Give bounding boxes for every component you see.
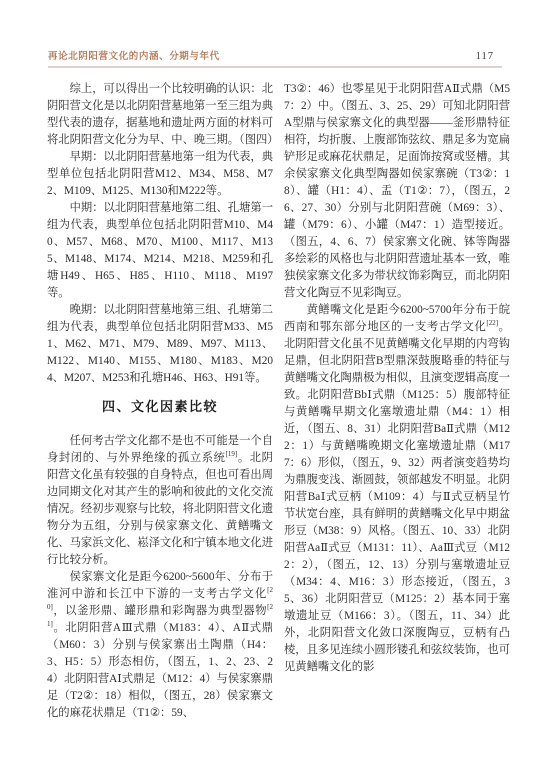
footnote-ref: [21] [47,603,273,628]
page-header: 再论北阴阳营文化的内涵、分期与年代 117 [48,48,502,62]
footnote-ref: [19] [226,450,238,458]
header-rule [48,66,502,68]
paragraph: T3②：46）也零星见于北阴阳营AⅡ式鼎（M57：2）中。（图五、3、25、29… [284,81,510,302]
paragraph: 早期：以北阴阳营墓地第一组为代表，典型单位包括北阴阳营M12、M34、M58、M… [47,149,273,200]
footnote-ref: [20] [47,586,273,611]
paragraph: 黄鳝嘴文化是距今6200~5700年分布于皖西南和鄂东部分地区的一支考古学文化[… [284,302,510,676]
paragraph: 晚期：以北阴阳营墓地第三组、孔塘第二组为代表，典型单位包括北阴阳营M33、M51… [47,302,273,387]
paragraph: 侯家寨文化是距今6200~5600年、分布于淮河中游和长江中下游的一支考古学文化… [47,569,273,722]
section-heading: 四、文化因素比较 [47,398,273,415]
document-page: 再论北阴阳营文化的内涵、分期与年代 117 综上，可以得出一个比较明确的认识：北… [0,0,550,772]
running-title: 再论北阴阳营文化的内涵、分期与年代 [48,48,220,62]
paragraph: 中期：以北阴阳营墓地第二组、孔塘第一组为代表，典型单位包括北阴阳营M10、M40… [47,200,273,302]
paragraph: 综上，可以得出一个比较明确的认识：北阴阳营文化是以北阴阳营墓地第一至三组为典型代… [47,81,273,149]
right-column: T3②：46）也零星见于北阴阳营AⅡ式鼎（M57：2）中。（图五、3、25、29… [284,81,510,722]
page-number: 117 [476,51,502,62]
text-columns: 综上，可以得出一个比较明确的认识：北阴阳营文化是以北阴阳营墓地第一至三组为典型代… [47,81,511,722]
paragraph: 任何考古学文化都不是也不可能是一个自身封闭的、与外界绝缘的孤立系统[19]。北阴… [47,433,273,569]
left-column: 综上，可以得出一个比较明确的认识：北阴阳营文化是以北阴阳营墓地第一至三组为典型代… [47,81,273,722]
footnote-ref: [22] [486,319,498,327]
